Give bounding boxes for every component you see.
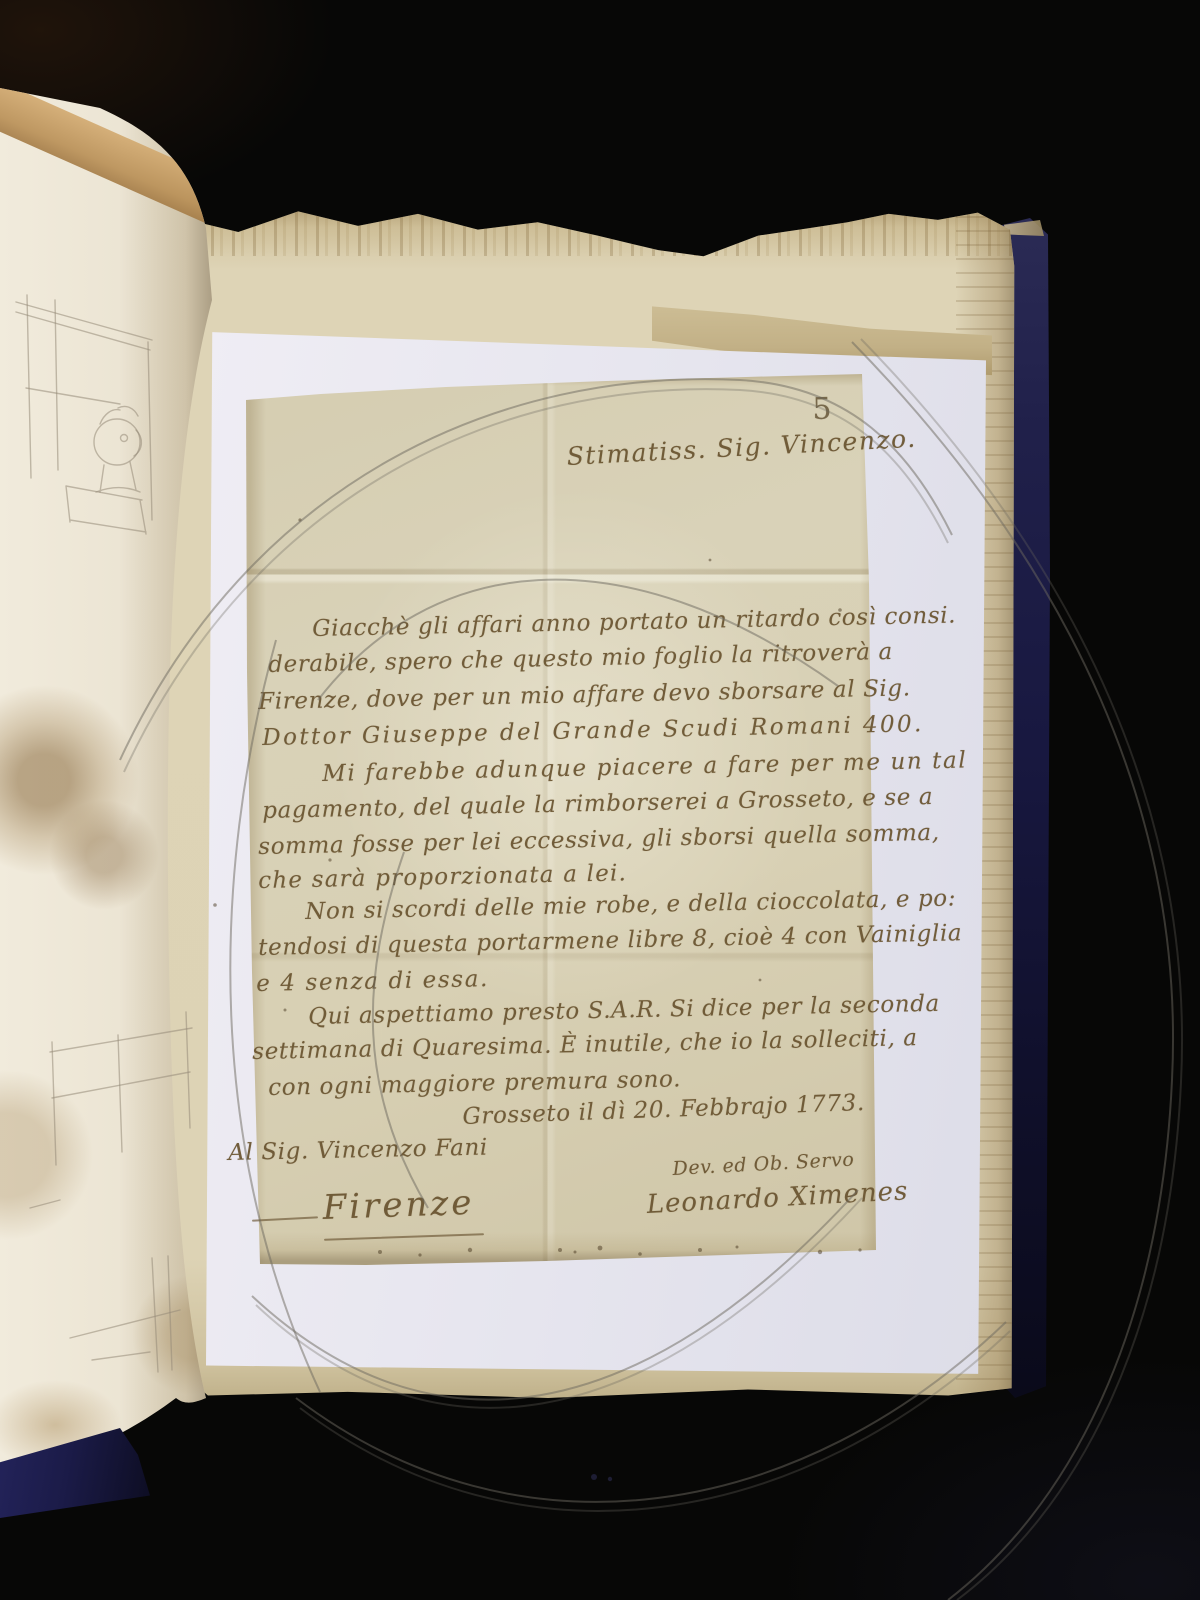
photo-of-manuscript-letter: 5 Stimatiss. Sig. Vincenzo. Giacchè gli … — [0, 0, 1200, 1600]
ink-dots — [591, 1474, 612, 1481]
letter-page — [246, 372, 878, 1266]
